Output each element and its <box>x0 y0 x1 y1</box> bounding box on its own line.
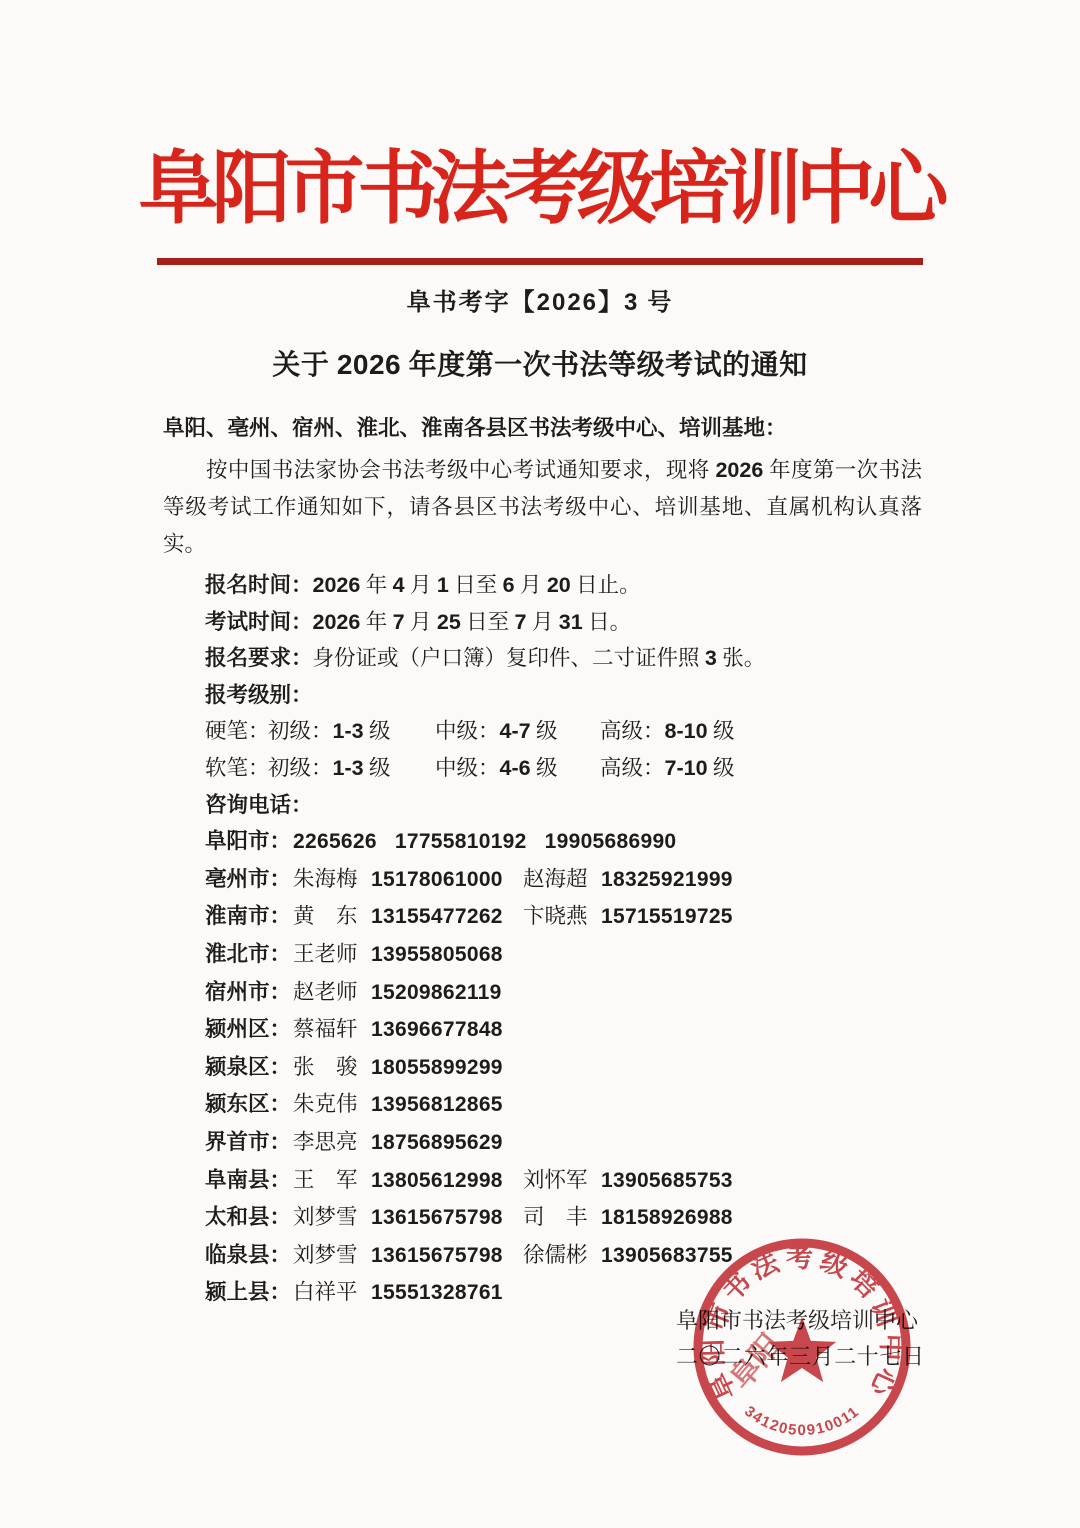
contact-phone: 15715519725 <box>601 905 733 928</box>
exam-time-row: 考试时间：2026 年 7 月 25 日至 7 月 31 日。 <box>205 604 922 641</box>
hard-pen-label: 硬笔： <box>205 713 268 750</box>
requirements-value: 身份证或（户口簿）复印件、二寸证件照 3 张。 <box>313 646 766 670</box>
contact-row-jieshou: 界首市：李思亮18756895629 <box>205 1124 922 1162</box>
contact-row-bozhou: 亳州市：朱海梅15178061000赵海超18325921999 <box>205 861 922 899</box>
region-label: 临泉县： <box>205 1237 293 1274</box>
region-label: 界首市： <box>205 1124 293 1161</box>
region-label: 颍东区： <box>205 1086 293 1123</box>
region-label: 颍上县： <box>205 1274 293 1311</box>
contact-name: 白祥平 <box>293 1274 361 1311</box>
notice-title: 关于 2026 年度第一次书法等级考试的通知 <box>0 343 1080 383</box>
contact-name: 王 军 <box>293 1162 361 1199</box>
contact-phone: 17755810192 <box>395 830 527 853</box>
region-label: 阜南县： <box>205 1162 293 1199</box>
soft-pen-label: 软笔： <box>205 750 268 787</box>
region-label: 淮北市： <box>205 936 293 973</box>
document-number: 阜书考字【2026】3 号 <box>0 282 1080 317</box>
contact-name: 朱克伟 <box>293 1086 361 1123</box>
soft-pen-middle: 中级：4-6 级 <box>435 750 600 787</box>
contact-phone: 13956812865 <box>371 1093 503 1116</box>
contact-row-funan: 阜南县：王 军13805612998刘怀军13905685753 <box>205 1162 922 1200</box>
contact-name: 赵海超 <box>523 861 591 898</box>
region-label: 颍泉区： <box>205 1049 293 1086</box>
contact-phone: 13615675798 <box>371 1244 503 1267</box>
levels-heading-row: 报考级别： <box>205 677 922 714</box>
contact-phone: 18055899299 <box>371 1056 503 1079</box>
contact-name: 赵老师 <box>293 974 361 1011</box>
addressee-line: 阜阳、亳州、宿州、淮北、淮南各县区书法考级中心、培训基地： <box>163 413 922 443</box>
contact-row-yingdong: 颍东区：朱克伟13956812865 <box>205 1086 922 1124</box>
contact-phone: 13155477262 <box>371 905 503 928</box>
contact-phone: 18158926988 <box>601 1206 733 1229</box>
registration-time-row: 报名时间：2026 年 4 月 1 日至 6 月 20 日止。 <box>205 567 922 604</box>
soft-pen-advanced: 高级：7-10 级 <box>600 756 734 780</box>
contact-name: 刘梦雪 <box>293 1237 361 1274</box>
contact-name: 王老师 <box>293 936 361 973</box>
exam-time-value: 2026 年 7 月 25 日至 7 月 31 日。 <box>313 610 632 634</box>
letterhead-rule <box>157 258 923 265</box>
contact-name: 刘怀军 <box>523 1162 591 1199</box>
contacts-heading-row: 咨询电话： <box>205 787 922 824</box>
contact-phone: 13805612998 <box>371 1169 503 1192</box>
intro-paragraph: 按中国书法家协会书法考级中心考试通知要求，现将 2026 年度第一次书法等级考试… <box>163 452 922 563</box>
contact-name: 朱海梅 <box>293 861 361 898</box>
contact-name: 卞晓燕 <box>523 898 591 935</box>
contact-row-huainan: 淮南市：黄 东13155477262卞晓燕15715519725 <box>205 898 922 936</box>
soft-pen-primary: 初级：1-3 级 <box>268 750 435 787</box>
contact-phone: 18756895629 <box>371 1131 503 1154</box>
requirements-row: 报名要求：身份证或（户口簿）复印件、二寸证件照 3 张。 <box>205 640 922 677</box>
contact-row-yingquan: 颍泉区：张 骏18055899299 <box>205 1049 922 1087</box>
region-label: 颍州区： <box>205 1011 293 1048</box>
soft-pen-levels-row: 软笔：初级：1-3 级中级：4-6 级高级：7-10 级 <box>205 750 922 787</box>
contact-phone: 15209862119 <box>371 981 502 1004</box>
contact-phone: 18325921999 <box>601 868 733 891</box>
contact-name: 李思亮 <box>293 1124 361 1161</box>
contact-name: 徐儒彬 <box>523 1237 591 1274</box>
registration-time-label: 报名时间： <box>205 573 313 597</box>
contact-phone: 2265626 <box>293 830 377 853</box>
contact-phone: 13905685753 <box>601 1169 733 1192</box>
contact-row-yingzhou: 颍州区：蔡福轩13696677848 <box>205 1011 922 1049</box>
contact-phone: 13696677848 <box>371 1018 503 1041</box>
contact-name: 黄 东 <box>293 898 361 935</box>
registration-time-value: 2026 年 4 月 1 日至 6 月 20 日止。 <box>313 573 641 597</box>
letterhead-org-title: 阜阳市书法考级培训中心 <box>0 148 1080 232</box>
exam-time-label: 考试时间： <box>205 610 313 634</box>
contact-row-fuyang: 阜阳市：22656261775581019219905686990 <box>205 823 922 861</box>
scanned-notice-document: 阜阳市书法考级培训中心 阜书考字【2026】3 号 关于 2026 年度第一次书… <box>0 0 1080 1528</box>
contact-row-suzhou: 宿州市：赵老师15209862119 <box>205 974 922 1012</box>
contacts-heading: 咨询电话： <box>205 793 313 817</box>
contact-name: 司 丰 <box>523 1199 591 1236</box>
region-label: 宿州市： <box>205 974 293 1011</box>
contact-phone: 13615675798 <box>371 1206 503 1229</box>
hard-pen-advanced: 高级：8-10 级 <box>600 719 734 743</box>
hard-pen-levels-row: 硬笔：初级：1-3 级中级：4-7 级高级：8-10 级 <box>205 713 922 750</box>
contact-name: 蔡福轩 <box>293 1011 361 1048</box>
notice-body: 阜阳、亳州、宿州、淮北、淮南各县区书法考级中心、培训基地： 按中国书法家协会书法… <box>163 413 922 1312</box>
contact-phone: 13955805068 <box>371 943 503 966</box>
region-label: 亳州市： <box>205 861 293 898</box>
contact-row-huaibei: 淮北市：王老师13955805068 <box>205 936 922 974</box>
official-seal: 阜阳市书法考级培训中心 3412050910011 阜阳 <box>687 1232 917 1462</box>
contact-phone: 19905686990 <box>545 830 677 853</box>
levels-heading: 报考级别： <box>205 683 313 707</box>
contact-name: 刘梦雪 <box>293 1199 361 1236</box>
hard-pen-middle: 中级：4-7 级 <box>435 713 600 750</box>
requirements-label: 报名要求： <box>205 646 313 670</box>
region-label: 淮南市： <box>205 898 293 935</box>
hard-pen-primary: 初级：1-3 级 <box>268 713 435 750</box>
notice-detail-rows: 报名时间：2026 年 4 月 1 日至 6 月 20 日止。 考试时间：202… <box>163 567 922 1312</box>
region-label: 阜阳市： <box>205 823 293 860</box>
seal-number: 3412050910011 <box>741 1403 863 1439</box>
contact-name: 张 骏 <box>293 1049 361 1086</box>
contact-phone: 15551328761 <box>371 1281 503 1304</box>
region-label: 太和县： <box>205 1199 293 1236</box>
contact-phone: 15178061000 <box>371 868 503 891</box>
